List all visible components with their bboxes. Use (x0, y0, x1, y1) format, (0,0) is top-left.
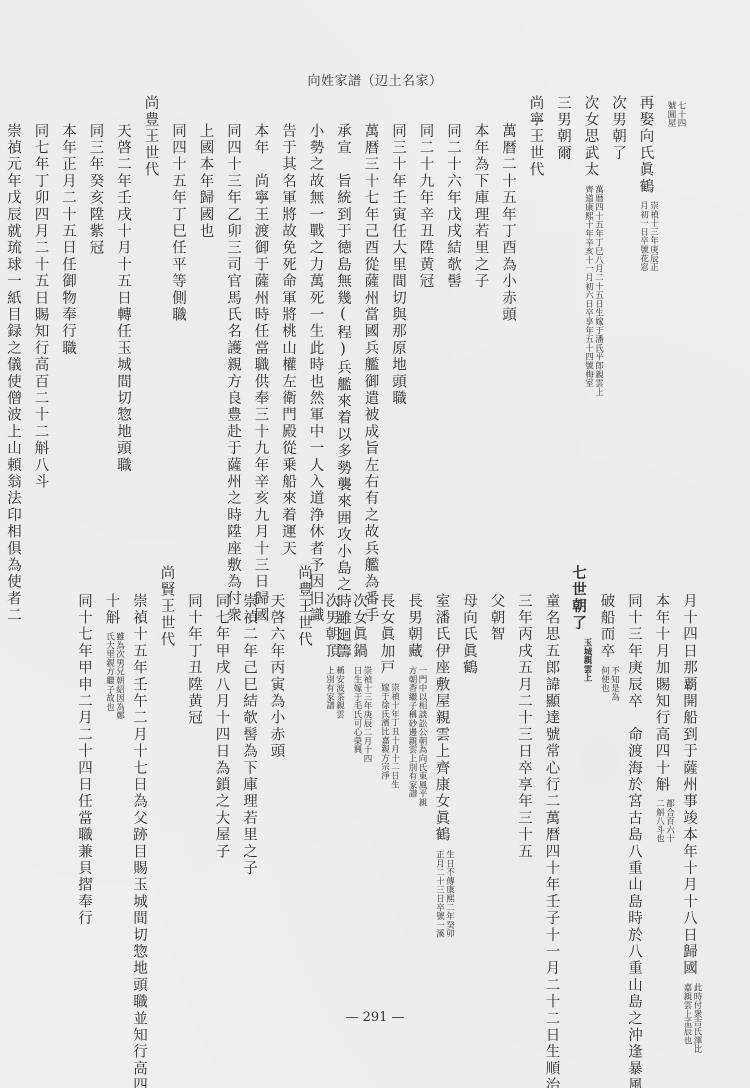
scanned-page: 向姓家譜（辺土名家） 七十四 號圓屋再娶向氏眞鶴崇禎十三年庚辰正 月初一日卒號花… (0, 0, 750, 1088)
column-main-text: 同二十六年戊戌結欹髻 (445, 123, 461, 290)
text-column: 童名思五郎諱顯達號常心行二萬暦四十年壬子十一月二十二日生順治 (537, 565, 565, 1005)
page-number: — 291 — (0, 1010, 750, 1025)
text-column: 月十四日那覇開船到于薩州事竣本年十月十八日歸國此時付衆吉氏澤比 嘉親雲上孟辰也 (675, 565, 703, 1005)
text-column: 長男朝藏一門中以相談訟公朝為向氏東風平親 方朝香繼子稱砂邊親雲上別有家譜 (400, 565, 428, 1005)
column-main-text: 次男朝頂 (324, 593, 340, 660)
column-annotation: 玉城親雲上 (582, 638, 592, 682)
column-main-text: 三年丙戌五月二十三日卒享年三十五 (516, 593, 532, 860)
text-column: 次女眞鍋崇禎十三年庚辰二月十四 日生嫁于毛氏可心榮興 (345, 565, 373, 1005)
text-column: 小勢之故無一戰之力萬死一生此時也然軍中一人入道浄休者予因旧識 (301, 95, 329, 545)
bottom-text-block: 月十四日那覇開船到于薩州事竣本年十月十八日歸國此時付衆吉氏澤比 嘉親雲上孟辰也本… (70, 565, 703, 1005)
column-annotation: 萬暦四十五年丁巳八月二十五日生嫁于潘氏平郎親雲上 齊道康熙十年辛亥十一月初六日卒… (584, 185, 604, 396)
column-main-text: 天啓六年丙寅為小赤頭 (269, 593, 285, 760)
page-title: 向姓家譜（辺土名家） (0, 70, 750, 89)
column-main-text: 本年為下庫理若里之子 (473, 123, 489, 290)
column-main-text: 破船而卒 (599, 593, 615, 660)
text-column: 崇禎元年戊辰就琉球一紙目録之儀使僧波上山頼翁法印相俱為使者二 (0, 95, 26, 545)
column-main-text: 次男朝了 (610, 95, 626, 162)
text-column: 同三年癸亥陞紫冠 (81, 95, 109, 545)
column-annotation: 崇禎十三年庚辰二月十四 日生嫁于毛氏可心榮興 (352, 666, 372, 763)
column-main-text: 天啓二年壬戌十月十五日轉任玉城間切惣地頭職 (115, 123, 131, 474)
column-main-text: 父朝智 (489, 593, 505, 643)
text-column: 三男朝爾 (549, 95, 577, 545)
column-main-text: 崇禎元年戊辰就琉球一紙目録之儀使僧波上山頼翁法印相俱為使者二 (5, 123, 21, 624)
text-column: 次男朝頂稱安波茶親雲 上別有家譜 (317, 565, 345, 1005)
column-main-text: 同二十九年辛丑陞黄冠 (418, 123, 434, 290)
column-annotation: 雖為次男兄朝紹因為鄭 氏大里親方繼子故也 (105, 632, 125, 720)
text-column: 本年十月加賜知行高四十斛都合百六十 二斛八斗也 (647, 565, 675, 1005)
column-main-text: 長女眞加戸 (379, 593, 395, 677)
text-column: 室潘氏伊座敷屋親雲上齊康女眞鶴生日不傳康熙二年癸卯 正月二十三日卒號一溪 (427, 565, 455, 1005)
column-main-text: 次女思武太 (583, 95, 599, 179)
column-main-text: 室潘氏伊座敷屋親雲上齊康女眞鶴 (434, 593, 450, 844)
text-column: 破船而卒不知是為 何使也 (592, 565, 620, 1005)
column-main-text: 同十七年甲申二月二十四日任當職兼貝摺奉行 (76, 593, 92, 927)
column-main-text: 同三年癸亥陞紫冠 (88, 123, 104, 257)
column-annotation: 崇禎十年丁丑十月十二日生 嫁于徐氏濱比嘉親方宗淨 (380, 683, 400, 789)
column-main-text: 母向氏眞鶴 (461, 593, 477, 677)
text-column: 同四十五年丁巳任平等側職 (164, 95, 192, 545)
column-main-text: 告于其名軍將故免死命軍將桃山權左衛門殿從乗船來着運天 (280, 123, 296, 557)
column-main-text: 同七年甲戌八月十四日為鎖之大屋子 (214, 593, 230, 860)
text-column: 同四十三年乙卯三司官馬氏名護親方良豊赴于薩州之時陞座敷為付衆 (219, 95, 247, 545)
text-column: 同三十年壬寅任大里間切與那原地頭職 (384, 95, 412, 545)
column-main-text: 尚賢王世代 (159, 565, 175, 649)
column-main-text: 同三十年壬寅任大里間切與那原地頭職 (390, 123, 406, 407)
text-column: 尚豊王世代 (136, 95, 164, 545)
text-column: 十斛雖為次男兄朝紹因為鄭 氏大里親方繼子故也 (97, 565, 125, 1005)
text-column: 同十七年甲申二月二十四日任當職兼貝摺奉行 (70, 565, 98, 1005)
column-main-text: 同十年丁丑陞黄冠 (186, 593, 202, 727)
text-column: 天啓二年壬戌十月十五日轉任玉城間切惣地頭職 (109, 95, 137, 545)
column-main-text: 本年正月二十五日任御物奉行職 (60, 123, 76, 357)
text-column: 萬暦三十七年己酉從薩州當國兵艦御遣被成旨左右有之故兵艦為番手 (356, 95, 384, 545)
text-column: 天啓六年丙寅為小赤頭 (262, 565, 290, 1005)
column-main-text: 月十四日那覇開船到于薩州事竣本年十月十八日歸國 (681, 593, 697, 977)
text-column: 次女思武太萬暦四十五年丁巳八月二十五日生嫁于潘氏平郎親雲上 齊道康熙十年辛亥十一… (576, 95, 604, 545)
text-column: 上國本年歸國也 (191, 95, 219, 545)
column-main-text: 上國本年歸國也 (198, 123, 214, 240)
text-column: 同十年丁丑陞黄冠 (180, 565, 208, 1005)
text-column: 同七年丁卯四月二十五日賜知行高百二十二斛八斗 (26, 95, 54, 545)
column-main-text: 尚豊王世代 (143, 95, 159, 179)
text-column: 同十三年庚辰卒 命渡海於宮古島八重山島時於八重山島之沖逢暴風 (620, 565, 648, 1005)
text-column: 次男朝了 (604, 95, 632, 545)
column-main-text: 七世朝了 (570, 565, 587, 632)
text-column: 尚寧王世代 (521, 95, 549, 545)
column-annotation: 七十四 號圓屋 (666, 101, 686, 127)
text-column: 萬暦二十五年丁酉為小赤頭 (494, 95, 522, 545)
column-main-text: 尚寧王世代 (528, 95, 544, 179)
column-main-text: 長男朝藏 (406, 593, 422, 660)
column-main-text: 同四十五年丁巳任平等側職 (170, 123, 186, 323)
text-column: 長女眞加戸崇禎十年丁丑十月十二日生 嫁于徐氏濱比嘉親方宗淨 (372, 565, 400, 1005)
column-main-text: 萬暦三十七年己酉從薩州當國兵艦御遣被成旨左右有之故兵艦為番手 (363, 123, 379, 624)
text-column: 告于其名軍將故免死命軍將桃山權左衛門殿從乗船來着運天 (274, 95, 302, 545)
column-main-text: 崇禎二年己巳結欹髻為下庫理若里之子 (241, 593, 257, 877)
column-main-text: 本年 尚寧王渡御于薩州時任當職供奉三十九年辛亥九月十三日歸國 (253, 123, 269, 624)
text-column: 崇禎二年己巳結欹髻為下庫理若里之子 (235, 565, 263, 1005)
text-column: 同七年甲戌八月十四日為鎖之大屋子 (207, 565, 235, 1005)
column-main-text: 再娶向氏眞鶴 (638, 95, 654, 195)
column-main-text: 同四十三年乙卯三司官馬氏名護親方良豊赴于薩州之時陞座敷為付衆 (225, 123, 241, 624)
column-main-text: 十斛 (104, 593, 120, 626)
column-main-text: 同七年丁卯四月二十五日賜知行高百二十二斛八斗 (33, 123, 49, 490)
text-column: 三年丙戌五月二十三日卒享年三十五 (510, 565, 538, 1005)
column-main-text: 本年十月加賜知行高四十斛 (654, 593, 670, 793)
column-main-text: 三男朝爾 (555, 95, 571, 162)
column-main-text: 小勢之故無一戰之力萬死一生此時也然軍中一人入道浄休者予因旧識 (308, 123, 324, 624)
text-column: 父朝智 (482, 565, 510, 1005)
text-column: 本年 尚寧王渡御于薩州時任當職供奉三十九年辛亥九月十三日歸國 (246, 95, 274, 545)
column-annotation: 稱安波茶親雲 上別有家譜 (325, 666, 345, 719)
text-column: 尚賢王世代 (152, 565, 180, 1005)
column-main-text: 萬暦二十五年丁酉為小赤頭 (500, 123, 516, 323)
text-column: 承宣 旨統到于徳島無幾(程)兵艦來着以多勢襲來囲攻小島之時雖廻籌 (329, 95, 357, 545)
text-column: 本年為下庫理若里之子 (466, 95, 494, 545)
column-annotation: 不知是為 何使也 (600, 666, 620, 701)
column-annotation: 崇禎十三年庚辰正 月初一日卒號花窓 (639, 201, 659, 271)
text-column: 同二十六年戊戌結欹髻 (439, 95, 467, 545)
text-column: 七世朝了玉城親雲上 (565, 565, 593, 1005)
text-column: 再娶向氏眞鶴崇禎十三年庚辰正 月初一日卒號花窓 (631, 95, 659, 545)
column-annotation: 都合百六十 二斛八斗也 (655, 799, 675, 843)
text-column: 崇禎十五年壬午二月十七日為父跡目賜玉城間切惣地頭職並知行高四 (125, 565, 153, 1005)
column-main-text: 尚豊王世代 (296, 565, 312, 649)
text-column: 七十四 號圓屋 (659, 95, 687, 545)
top-text-block: 七十四 號圓屋再娶向氏眞鶴崇禎十三年庚辰正 月初一日卒號花窓次男朝了次女思武太萬… (0, 95, 686, 545)
text-column: 母向氏眞鶴 (455, 565, 483, 1005)
text-column: 同二十九年辛丑陞黄冠 (411, 95, 439, 545)
column-main-text: 次女眞鍋 (351, 593, 367, 660)
text-column: 本年正月二十五日任御物奉行職 (54, 95, 82, 545)
column-annotation: 生日不傳康熙二年癸卯 正月二十三日卒號一溪 (435, 850, 455, 938)
column-annotation: 一門中以相談訟公朝為向氏東風平親 方朝香繼子稱砂邊親雲上別有家譜 (407, 666, 427, 807)
text-column: 尚豊王世代 (290, 565, 318, 1005)
